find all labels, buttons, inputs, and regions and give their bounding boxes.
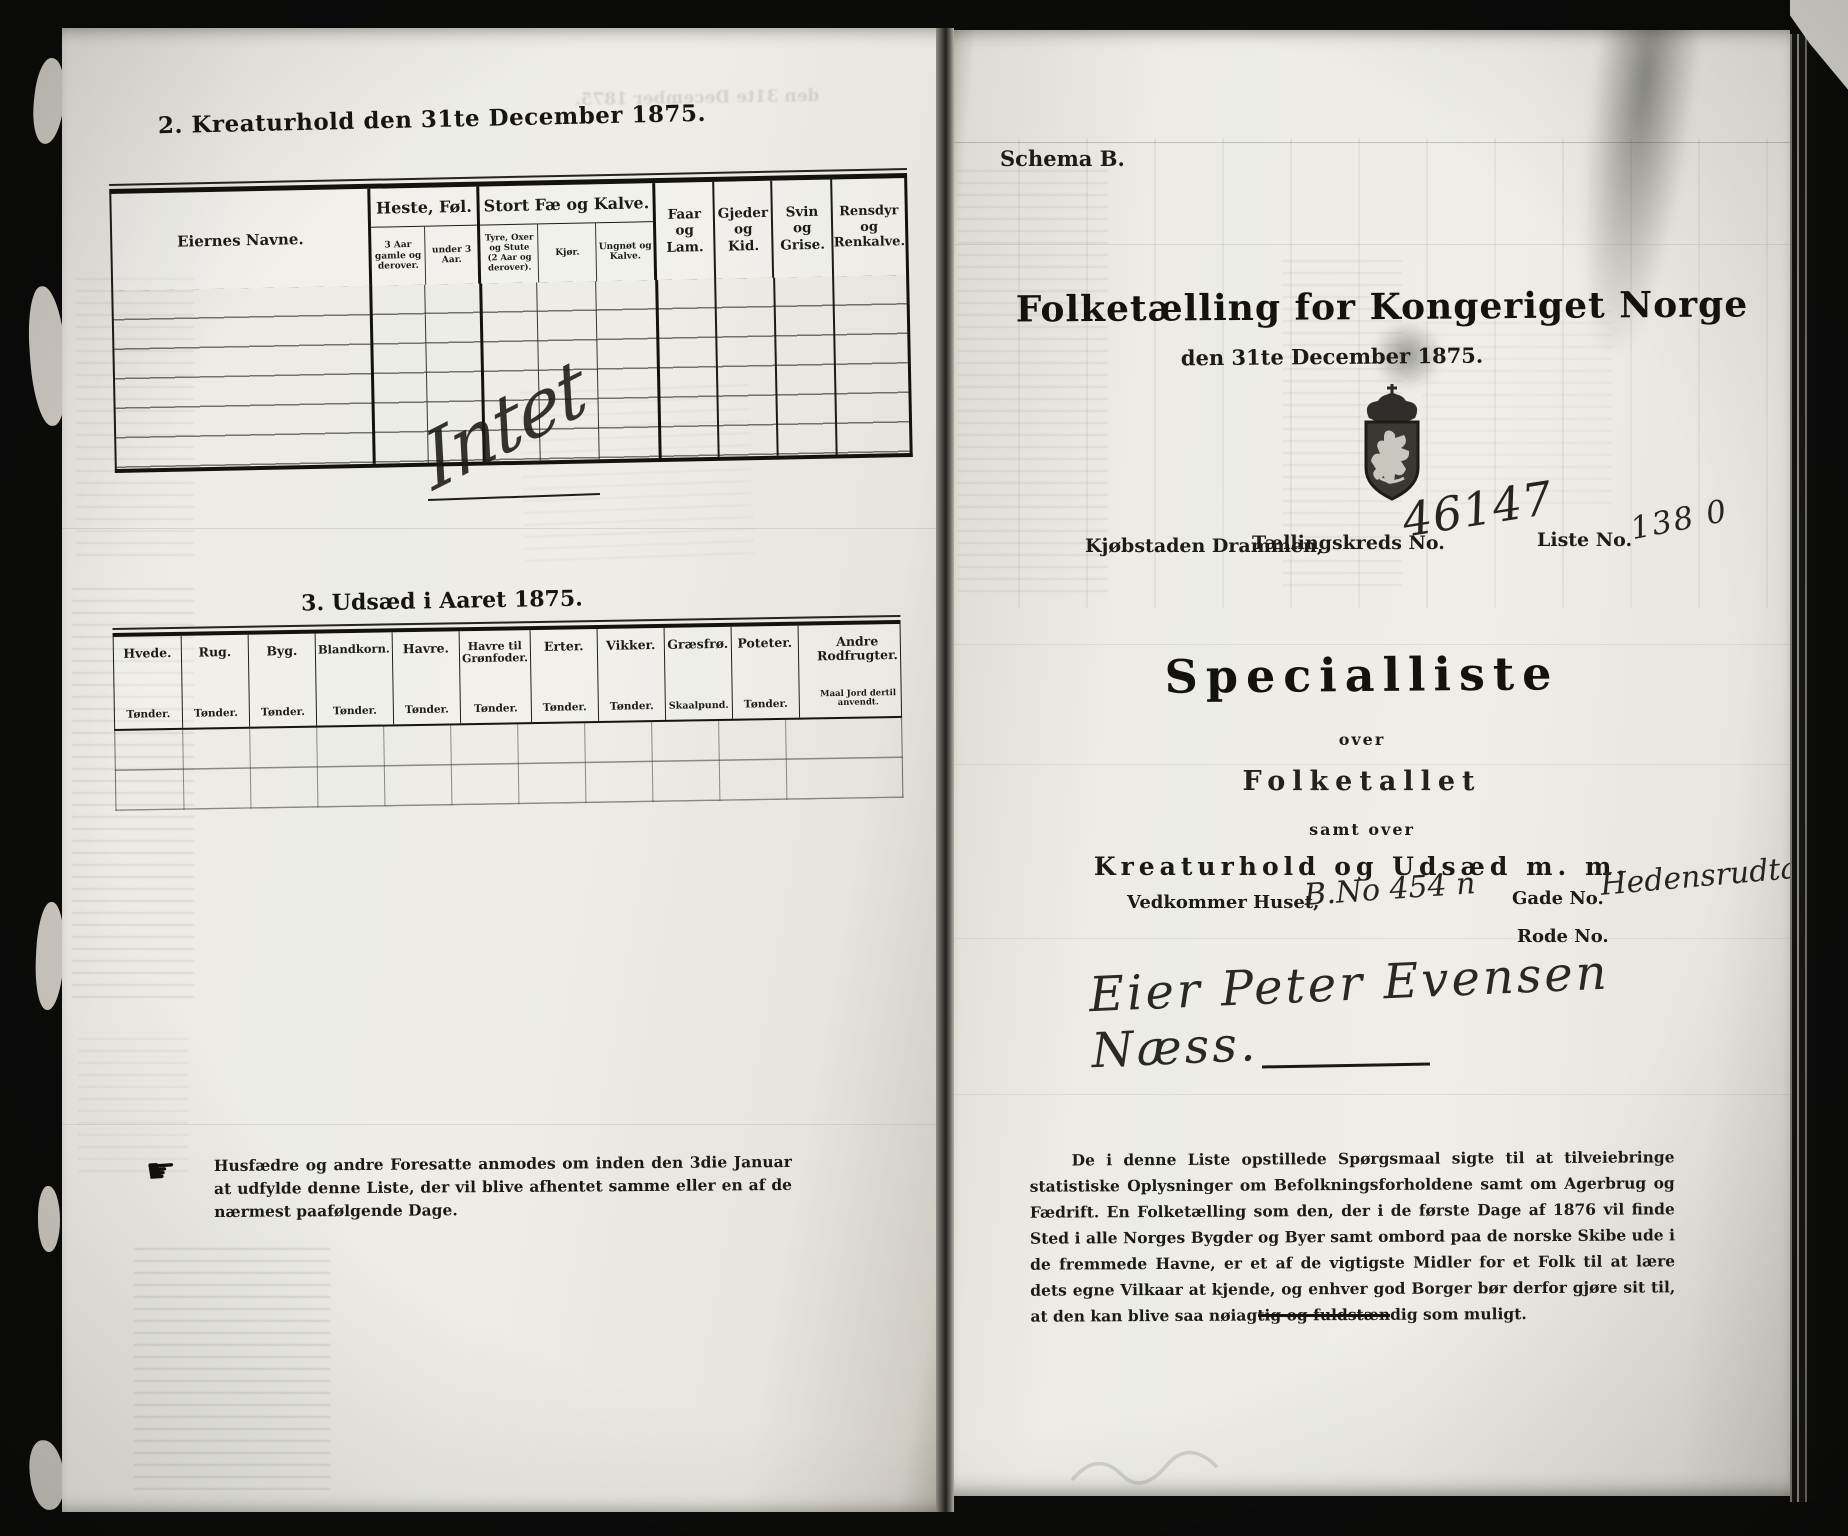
- header-cell-havre: Havre.Tønder.: [392, 631, 461, 724]
- udsaed-body-rows: [114, 717, 903, 810]
- header-cell-havre-gronfoder: Havre til Grønfoder.Tønder.: [459, 630, 531, 723]
- liste-no-handwritten: 138 0: [1627, 493, 1731, 547]
- subtitle-samt-over: samt over: [952, 820, 1772, 839]
- liste-no-label: Liste No.: [1537, 529, 1632, 551]
- footnote-text: Husfædre og andre Foresatte anmodes om i…: [214, 1150, 792, 1223]
- header-cell-rug: Rug.Tønder.: [181, 634, 250, 727]
- manicule-icon: ☛: [145, 1153, 178, 1189]
- census-date-line: den 31te December 1875.: [1012, 341, 1652, 372]
- udsaed-title: 3. Udsæd i Aaret 1875.: [192, 584, 692, 619]
- subtitle-specialliste: Specialliste: [952, 644, 1772, 705]
- udsaed-header-row: Hvede.Tønder. Rug.Tønder. Byg.Tønder. Bl…: [113, 623, 902, 730]
- header-cell-svin-grise: Svin og Grise.: [771, 180, 833, 278]
- header-group-heste: Heste, Føl. 3 Aar gamle og derover. unde…: [367, 187, 478, 286]
- subtitle-folketallet: Folketallet: [952, 766, 1772, 797]
- header-group-stort-fae: Stort Fæ og Kalve. Tyre, Oxer og Stute (…: [477, 183, 655, 284]
- header-cell-owner: Eiernes Navne.: [111, 189, 369, 291]
- census-main-title: Folketælling for Kongeriget Norge: [992, 283, 1772, 330]
- subtitle-over: over: [952, 730, 1772, 749]
- end-divider-rule: [1258, 1314, 1390, 1317]
- header-cell-gjeder-kid: Gjeder og Kid.: [712, 181, 773, 279]
- header-cell-rensdyr: Rensdyr og Renkalve.: [830, 178, 906, 276]
- header-cell-byg: Byg.Tønder.: [248, 633, 317, 726]
- house-label: Vedkommer Huset,: [1127, 892, 1319, 913]
- kreaturhold-title: 2. Kreaturhold den 31te December 1875.: [152, 100, 712, 140]
- left-page: den 31te December 1875. 2. Kreaturhold d…: [62, 28, 942, 1512]
- header-cell-ungnot: Ungnøt og Kalve.: [595, 222, 654, 281]
- header-cell-kjor: Kjør.: [537, 223, 596, 282]
- header-cell-blandkorn: Blandkorn.Tønder.: [315, 632, 394, 725]
- schema-label: Schema B.: [1000, 146, 1125, 171]
- header-cell-heste-older: 3 Aar gamle og derover.: [371, 227, 425, 286]
- kreaturhold-header-row: Eiernes Navne. Heste, Føl. 3 Aar gamle o…: [109, 178, 909, 291]
- header-cell-andre-rodfrugter: Andre Rodfrugter.Maal Jord dertil anvend…: [797, 623, 917, 717]
- paper-scrap: [38, 1186, 60, 1252]
- right-page: Schema B. Folketælling for Kongeriget No…: [952, 30, 1790, 1496]
- header-cell-poteter: Poteter.Tønder.: [730, 625, 799, 718]
- owner-signature: Eier Peter Evensen Næss.: [1088, 937, 1790, 1079]
- street-no-label: Gade No.: [1512, 888, 1604, 909]
- scanned-census-spread: den 31te December 1875. 2. Kreaturhold d…: [0, 0, 1848, 1536]
- header-cell-faar-lam: Faar og Lam.: [652, 182, 714, 280]
- header-cell-graesfro: Græsfrø.Skaalpund.: [663, 626, 732, 719]
- info-paragraph: De i denne Liste opstillede Spørgsmaal s…: [1030, 1144, 1676, 1329]
- header-cell-heste-under3: under 3 Aar.: [424, 226, 479, 285]
- bleedthrough-text-column: [134, 1248, 330, 1498]
- rode-no-label: Rode No.: [1517, 926, 1609, 947]
- bleedthrough-handwriting: [1032, 1330, 1332, 1490]
- header-cell-hvede: Hvede.Tønder.: [114, 635, 183, 728]
- book-spine: [936, 28, 954, 1512]
- header-cell-erter: Erter.Tønder.: [529, 628, 598, 721]
- header-cell-tyre-oxer: Tyre, Oxer og Stute (2 Aar og derover).: [480, 224, 538, 283]
- page-edge-stack: [1790, 34, 1816, 1502]
- udsaed-table: Hvede.Tønder. Rug.Tønder. Byg.Tønder. Bl…: [112, 615, 903, 811]
- header-cell-vikker: Vikker.Tønder.: [596, 627, 665, 720]
